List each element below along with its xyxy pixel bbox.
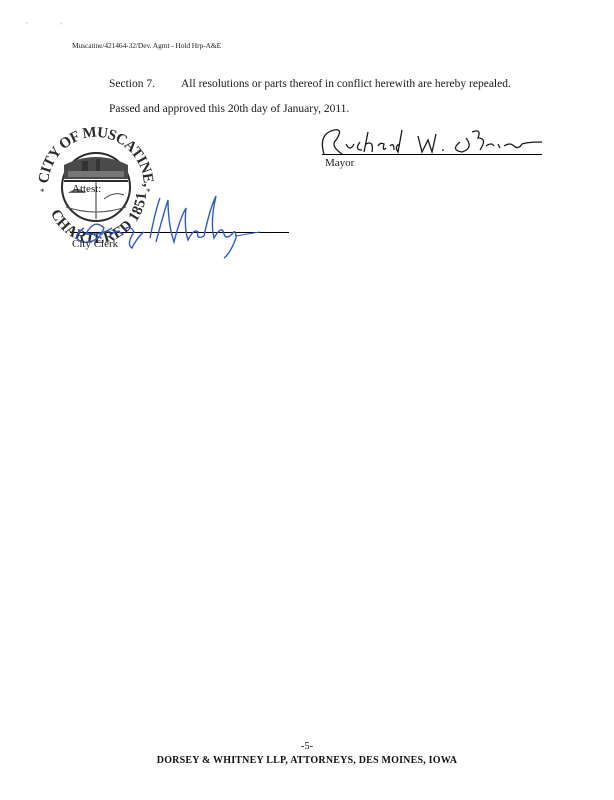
- section-number: Section 7.: [109, 78, 155, 90]
- stray-mark: ¸: [60, 17, 62, 25]
- mayor-signature: [310, 124, 550, 164]
- firm-footer: DORSEY & WHITNEY LLP, ATTORNEYS, DES MOI…: [0, 755, 614, 766]
- passed-approved-text: Passed and approved this 20th day of Jan…: [109, 103, 349, 115]
- attest-label: Attest:: [72, 183, 101, 195]
- section-text: All resolutions or parts thereof in conf…: [181, 78, 511, 90]
- page-number: -5-: [0, 741, 614, 752]
- city-clerk-label: City Clerk: [72, 238, 118, 250]
- document-reference: Muscatine/421464-32/Dev. Agmt - Hold Hrp…: [72, 41, 221, 50]
- stray-mark: ,: [26, 17, 28, 25]
- svg-text:*: *: [40, 187, 45, 197]
